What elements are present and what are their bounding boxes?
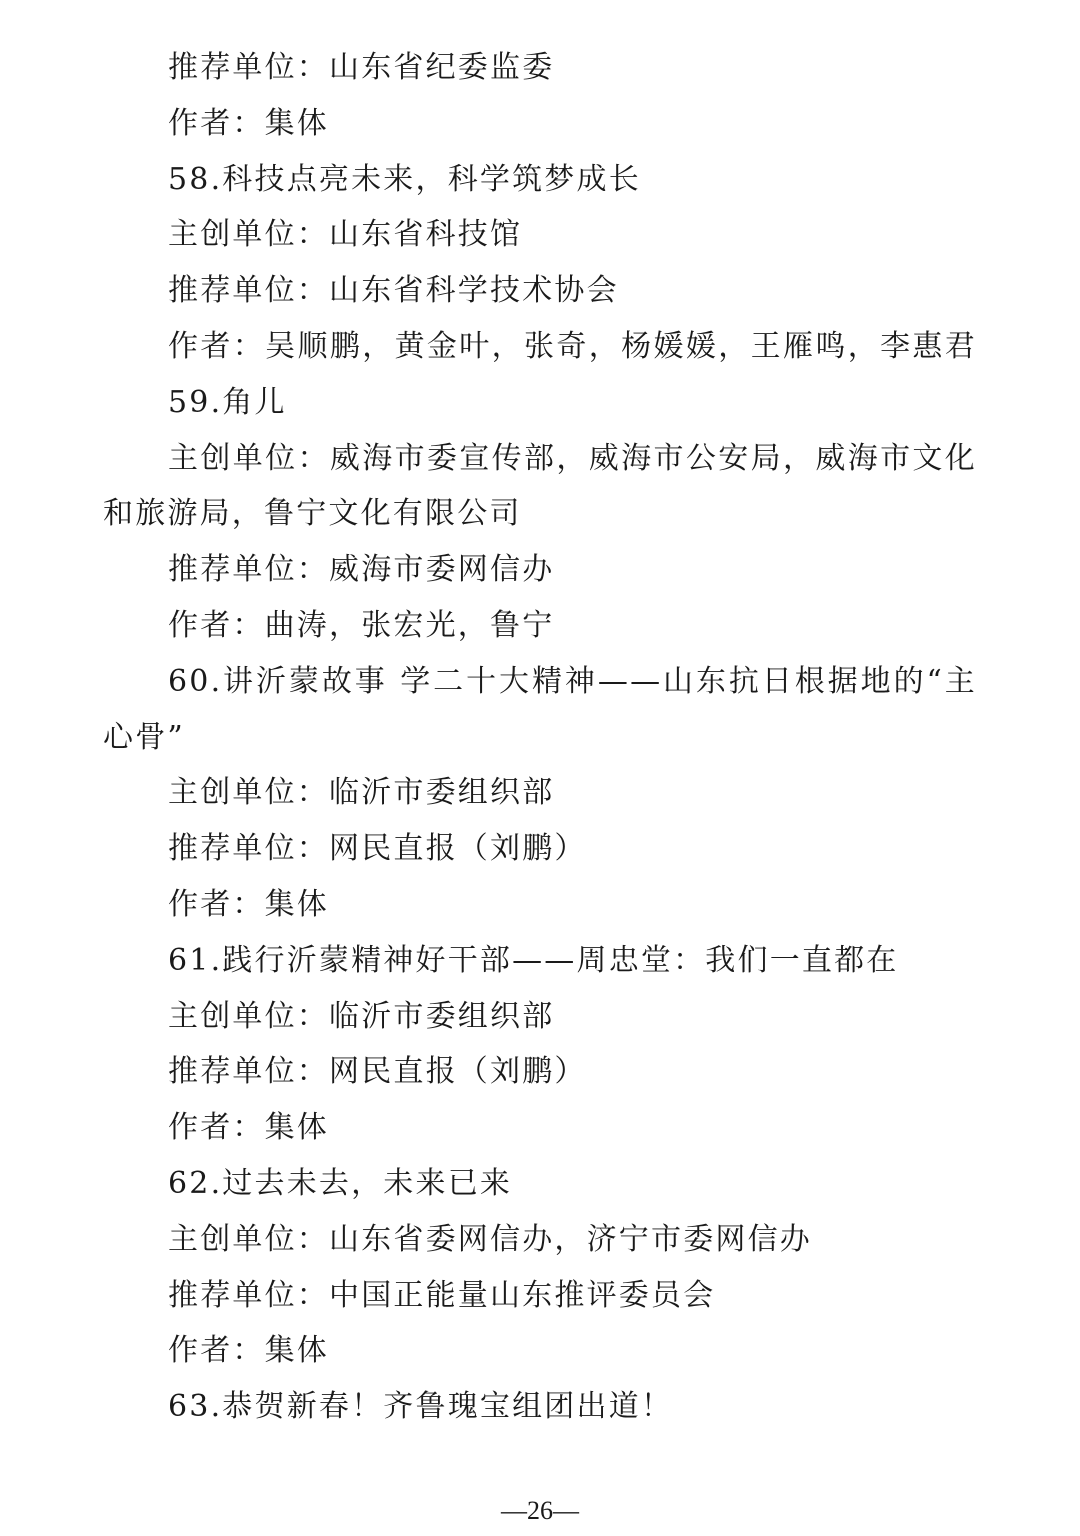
- entry-62-title: 62.过去未去，未来已来: [103, 1156, 977, 1212]
- document-page: 推荐单位：山东省纪委监委 作者：集体 58.科技点亮未来，科学筑梦成长 主创单位…: [103, 40, 977, 1435]
- entry-59-title: 59.角儿: [103, 375, 977, 431]
- entry-61-title: 61.践行沂蒙精神好干部——周忠堂：我们一直都在: [103, 933, 977, 989]
- entry-60-recommender: 推荐单位：网民直报（刘鹏）: [103, 821, 977, 877]
- page-number: —26—: [0, 1496, 1080, 1526]
- entry-58-producer: 主创单位：山东省科技馆: [103, 207, 977, 263]
- entry-60-title-continuation: 心骨”: [103, 710, 977, 766]
- entry-60-title: 60.讲沂蒙故事 学二十大精神——山东抗日根据地的“主: [103, 654, 977, 710]
- entry-61-producer: 主创单位：临沂市委组织部: [103, 989, 977, 1045]
- entry-59-recommender: 推荐单位：威海市委网信办: [103, 542, 977, 598]
- entry-60-producer: 主创单位：临沂市委组织部: [103, 765, 977, 821]
- entry-58-recommender: 推荐单位：山东省科学技术协会: [103, 263, 977, 319]
- entry-62-recommender: 推荐单位：中国正能量山东推评委员会: [103, 1268, 977, 1324]
- entry-58-title: 58.科技点亮未来，科学筑梦成长: [103, 152, 977, 208]
- entry-59-producer-continuation: 和旅游局，鲁宁文化有限公司: [103, 486, 977, 542]
- entry-62-author: 作者：集体: [103, 1323, 977, 1379]
- entry-57-recommender: 推荐单位：山东省纪委监委: [103, 40, 977, 96]
- entry-57-author: 作者：集体: [103, 96, 977, 152]
- entry-58-author: 作者：吴顺鹏，黄金叶，张奇，杨媛媛，王雁鸣，李惠君: [103, 319, 977, 375]
- entry-61-author: 作者：集体: [103, 1100, 977, 1156]
- entry-60-author: 作者：集体: [103, 877, 977, 933]
- entry-63-title: 63.恭贺新春！齐鲁瑰宝组团出道！: [103, 1379, 977, 1435]
- entry-59-author: 作者：曲涛，张宏光，鲁宁: [103, 598, 977, 654]
- entry-62-producer: 主创单位：山东省委网信办，济宁市委网信办: [103, 1212, 977, 1268]
- entry-59-producer: 主创单位：威海市委宣传部，威海市公安局，威海市文化: [103, 431, 977, 487]
- entry-61-recommender: 推荐单位：网民直报（刘鹏）: [103, 1044, 977, 1100]
